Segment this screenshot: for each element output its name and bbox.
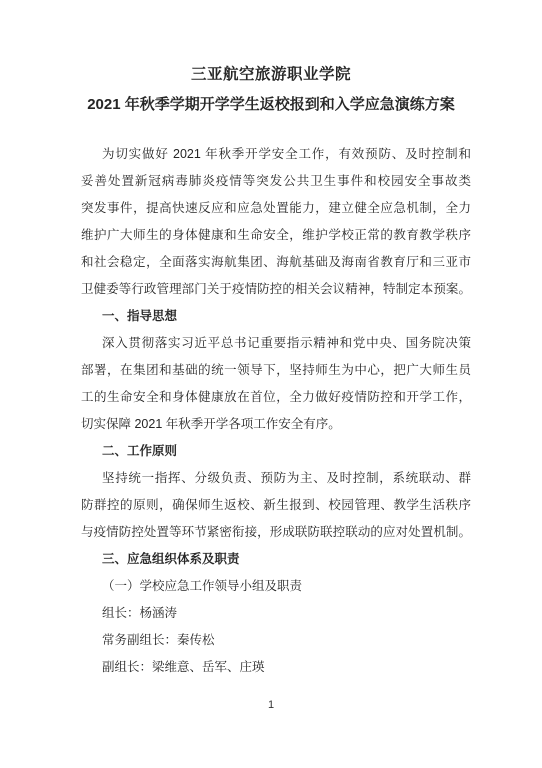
section1-line: 切实保障 2021 年秋季开学各项工作安全有序。 <box>81 411 471 438</box>
section-heading-2: 二、工作原则 <box>81 438 471 465</box>
section3-subheading: （一）学校应急工作领导小组及职责 <box>81 573 471 600</box>
intro-line: 和社会稳定，全面落实海航集团、海航基础及海南省教育厅和三亚市 <box>81 249 471 276</box>
section2-line: 与疫情防控处置等环节紧密衔接，形成联防联控联动的应对处置机制。 <box>81 519 471 546</box>
intro-line: 卫健委等行政管理部门关于疫情防控的相关会议精神，特制定本预案。 <box>81 276 471 303</box>
section1-line: 部署，在集团和基础的统一领导下，坚持师生为中心，把广大师生员 <box>81 357 471 384</box>
section1-line: 工的生命安全和身体健康放在首位，全力做好疫情防控和开学工作， <box>81 384 471 411</box>
intro-line: 突发事件，提高快速反应和应急处置能力，建立健全应急机制，全力 <box>81 195 471 222</box>
document-subtitle: 2021 年秋季学期开学学生返校报到和入学应急演练方案 <box>76 93 466 117</box>
section-heading-1: 一、指导思想 <box>81 303 471 330</box>
title-block: 三亚航空旅游职业学院 2021 年秋季学期开学学生返校报到和入学应急演练方案 <box>76 63 466 117</box>
section-heading-3: 三、应急组织体系及职责 <box>81 546 471 573</box>
intro-line: 妥善处置新冠病毒肺炎疫情等突发公共卫生事件和校园安全事故类 <box>81 168 471 195</box>
intro-line: 为切实做好 2021 年秋季开学安全工作，有效预防、及时控制和 <box>81 141 471 168</box>
role-line-deputy: 副组长：梁维意、岳军、庄瑛 <box>81 654 471 681</box>
intro-line: 维护广大师生的身体健康和生命安全，维护学校正常的教育教学秩序 <box>81 222 471 249</box>
document-page: 三亚航空旅游职业学院 2021 年秋季学期开学学生返校报到和入学应急演练方案 为… <box>0 0 542 768</box>
section1-line: 深入贯彻落实习近平总书记重要指示精神和党中央、国务院决策 <box>81 330 471 357</box>
section2-line: 防群控的原则，确保师生返校、新生报到、校园管理、教学生活秩序 <box>81 492 471 519</box>
document-title: 三亚航空旅游职业学院 <box>76 63 466 87</box>
document-body: 为切实做好 2021 年秋季开学安全工作，有效预防、及时控制和 妥善处置新冠病毒… <box>81 141 471 681</box>
role-line-executive-deputy: 常务副组长：秦传松 <box>81 627 471 654</box>
section2-line: 坚持统一指挥、分级负责、预防为主、及时控制，系统联动、群 <box>81 465 471 492</box>
page-number: 1 <box>0 699 542 711</box>
role-line-leader: 组长：杨涵涛 <box>81 600 471 627</box>
